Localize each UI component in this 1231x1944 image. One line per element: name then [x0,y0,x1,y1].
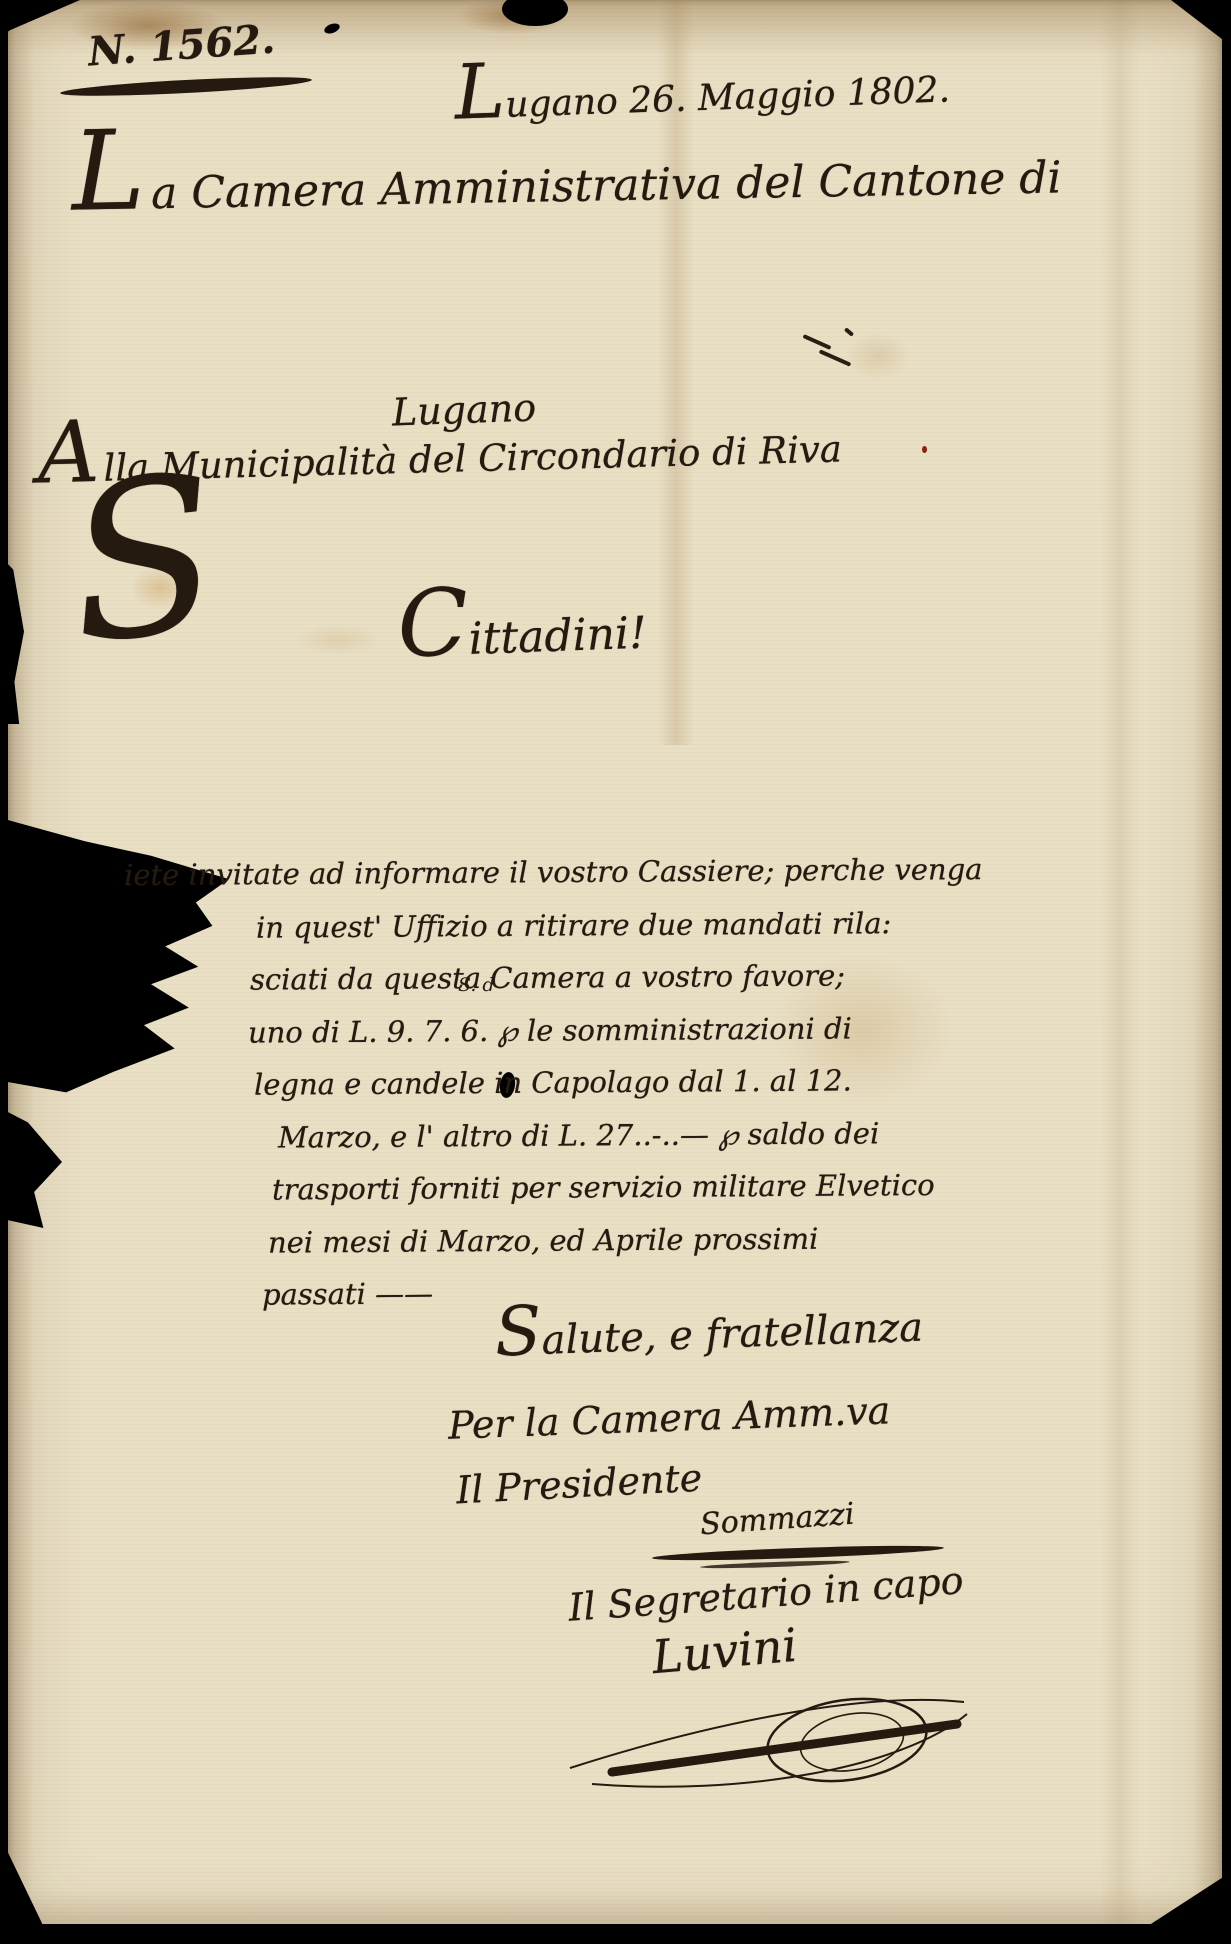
scan-edge [1222,0,1231,1944]
currency-superscript: S. d [458,974,495,996]
body-line: trasporti forniti per servizio militare … [272,1158,1010,1216]
scan-edge [0,1924,1231,1944]
body-line: Marzo, e l' altro di L. 27..-..— ℘ saldo… [278,1106,1010,1164]
body-line: iete invitate ad informare il vostro Cas… [124,843,1010,902]
body-line: uno di L. 9. 7. 6. ℘ le somministrazioni… [248,1001,1010,1059]
body-paragraph: iete invitate ad informare il vostro Cas… [120,846,1010,1319]
pen-marks [796,336,876,390]
body-line: in quest' Uffizio a ritirare due mandati… [256,896,1010,954]
body-line: legna e candele in Capolago dal 1. al 12… [254,1053,1010,1111]
body-line: nei mesi di Marzo, ed Aprile prossimi [268,1211,1010,1269]
ink-speck-red [922,446,927,453]
sender-line-2: Lugano [391,385,536,434]
paper-fold-line [1100,0,1140,1934]
salutation: Cittadini! [397,608,647,668]
body-initial-drop-cap: S [59,445,228,674]
signature-flourish [552,1672,982,1797]
body-line: sciati da questa Camera a vostro favore; [250,948,1010,1006]
